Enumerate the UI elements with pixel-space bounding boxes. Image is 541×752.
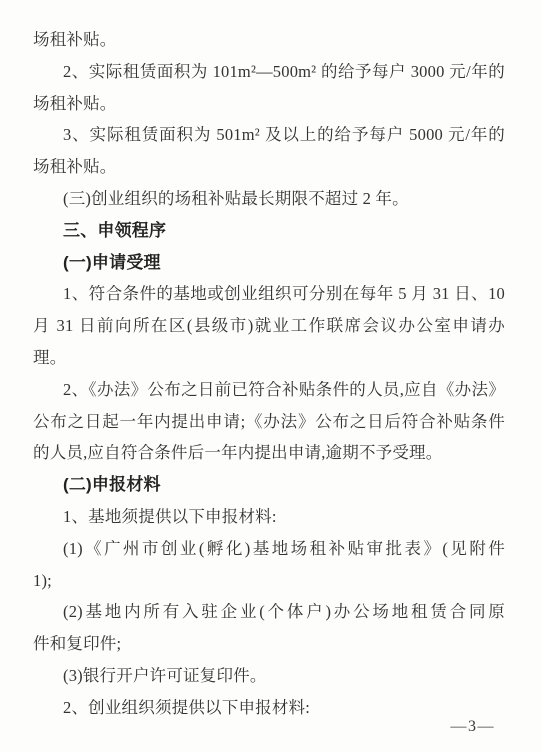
text-line: 场租补贴。 — [33, 24, 505, 56]
text-line: (二)申报材料 — [33, 469, 505, 501]
text-line: (1)《广州市创业(孵化)基地场租补贴审批表》(见附件 — [33, 533, 505, 565]
page-number: —3— — [451, 718, 496, 736]
text-line: 1、基地须提供以下申报材料: — [33, 501, 505, 533]
text-line: 公布之日起一年内提出申请;《办法》公布之日后符合补贴条件 — [33, 406, 505, 438]
text-line: 2、创业组织须提供以下申报材料: — [33, 692, 505, 724]
text-line: (三)创业组织的场租补贴最长期限不超过 2 年。 — [33, 183, 505, 215]
text-line: 理。 — [33, 342, 505, 374]
text-line: 2、《办法》公布之日前已符合补贴条件的人员,应自《办法》 — [33, 374, 505, 406]
text-line: 月 31 日前向所在区(县级市)就业工作联席会议办公室申请办 — [33, 310, 505, 342]
text-line: 场租补贴。 — [33, 151, 505, 183]
text-line: 件和复印件; — [33, 628, 505, 660]
text-line: 3、实际租赁面积为 501m² 及以上的给予每户 5000 元/年的 — [33, 119, 505, 151]
document-body: 场租补贴。2、实际租赁面积为 101m²—500m² 的给予每户 3000 元/… — [33, 24, 505, 724]
document-page: 场租补贴。2、实际租赁面积为 101m²—500m² 的给予每户 3000 元/… — [0, 0, 541, 752]
text-line: 的人员,应自符合条件后一年内提出申请,逾期不予受理。 — [33, 437, 505, 469]
text-line: 2、实际租赁面积为 101m²—500m² 的给予每户 3000 元/年的 — [33, 56, 505, 88]
text-line: (2)基地内所有入驻企业(个体户)办公场地租赁合同原 — [33, 596, 505, 628]
text-line: (3)银行开户许可证复印件。 — [33, 660, 505, 692]
text-line: (一)申请受理 — [33, 247, 505, 279]
text-line: 1); — [33, 565, 505, 597]
text-line: 场租补贴。 — [33, 88, 505, 120]
text-line: 1、符合条件的基地或创业组织可分别在每年 5 月 31 日、10 — [33, 278, 505, 310]
text-line: 三、申领程序 — [33, 215, 505, 247]
